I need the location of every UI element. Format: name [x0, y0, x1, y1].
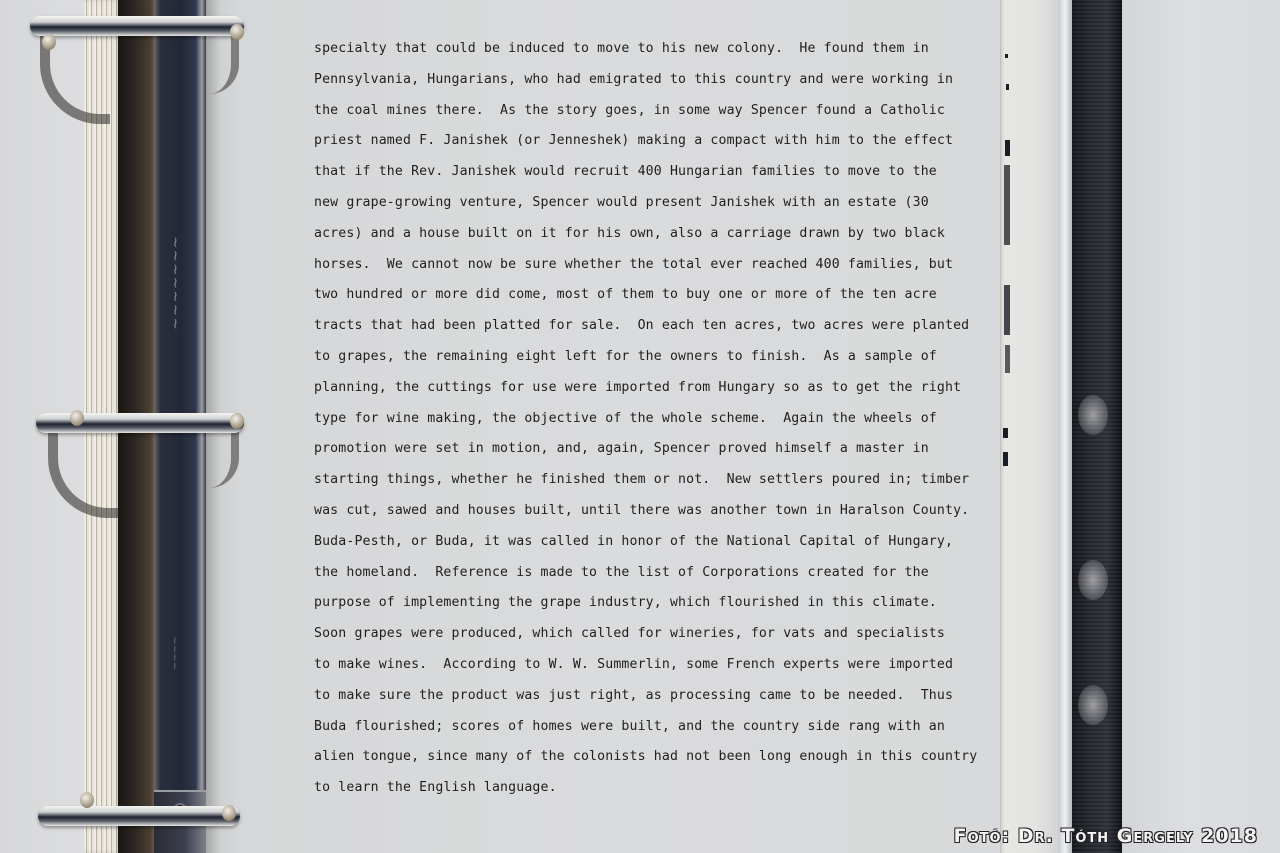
- text-line: two hundred or more did come, most of th…: [314, 280, 954, 311]
- text-line: planning, the cuttings for use were impo…: [314, 373, 954, 404]
- text-line: was cut, sawed and houses built, until t…: [314, 496, 954, 527]
- glare: [1078, 685, 1108, 725]
- ring-end-icon: [230, 413, 244, 429]
- next-page-edge: [1000, 0, 1059, 853]
- text-line: priest named F. Janishek (or Jenneshek) …: [314, 126, 954, 157]
- right-background: [1122, 0, 1280, 853]
- binder-ring-bottom[interactable]: [38, 806, 240, 826]
- text-line: new grape-growing venture, Spencer would…: [314, 188, 954, 219]
- text-line: alien tongue, since many of the colonist…: [314, 742, 954, 773]
- ink-speck: [1004, 165, 1010, 245]
- typed-text-block: specialty that could be induced to move …: [314, 34, 954, 804]
- text-line: specialty that could be induced to move …: [314, 34, 954, 65]
- text-line: to make sure the product was just right,…: [314, 681, 954, 712]
- spine-embossed-mark: ~~~~: [170, 560, 194, 670]
- ring-end-icon: [222, 805, 236, 821]
- text-line: promotion were set in motion, and, again…: [314, 434, 954, 465]
- ink-speck: [1003, 452, 1008, 466]
- text-line: to make wines. According to W. W. Summer…: [314, 650, 954, 681]
- ink-speck: [1005, 140, 1010, 156]
- text-line: Pennsylvania, Hungarians, who had emigra…: [314, 65, 954, 96]
- text-line: type for wine making, the objective of t…: [314, 404, 954, 435]
- text-line: the homeland. Reference is made to the l…: [314, 558, 954, 589]
- ink-speck: [1005, 54, 1008, 58]
- ink-speck: [1004, 285, 1010, 335]
- text-line: starting things, whether he finished the…: [314, 465, 954, 496]
- text-line: tracts that had been platted for sale. O…: [314, 311, 954, 342]
- text-line: to learn the English language.: [314, 773, 954, 804]
- ring-end-icon: [42, 34, 56, 50]
- text-line: horses. We cannot now be sure whether th…: [314, 250, 954, 281]
- binder-ring-top[interactable]: [30, 16, 244, 36]
- ring-end-icon: [80, 792, 94, 808]
- text-line: acres) and a house built on it for his o…: [314, 219, 954, 250]
- ink-speck: [1005, 345, 1010, 373]
- plastic-sleeve-edge: [1058, 0, 1072, 853]
- glare: [1078, 395, 1108, 435]
- photo-credit-watermark: Fotó: Dr. Tóth Gergely 2018: [954, 825, 1258, 847]
- text-line: to grapes, the remaining eight left for …: [314, 342, 954, 373]
- text-line: the coal mines there. As the story goes,…: [314, 96, 954, 127]
- ink-speck: [1006, 84, 1009, 90]
- ring-end-icon: [70, 410, 84, 426]
- text-line: purpose of implementing the grape indust…: [314, 588, 954, 619]
- ring-end-icon: [230, 24, 244, 40]
- spine-embossed-logo: ~~~~~~~: [166, 160, 194, 330]
- ink-speck: [1003, 428, 1008, 438]
- text-line: that if the Rev. Janishek would recruit …: [314, 157, 954, 188]
- text-line: Buda-Pesth, or Buda, it was called in ho…: [314, 527, 954, 558]
- glare: [1078, 560, 1108, 600]
- binder-ring-middle[interactable]: [36, 413, 244, 433]
- text-line: Soon grapes were produced, which called …: [314, 619, 954, 650]
- text-line: Buda flourished; scores of homes were bu…: [314, 712, 954, 743]
